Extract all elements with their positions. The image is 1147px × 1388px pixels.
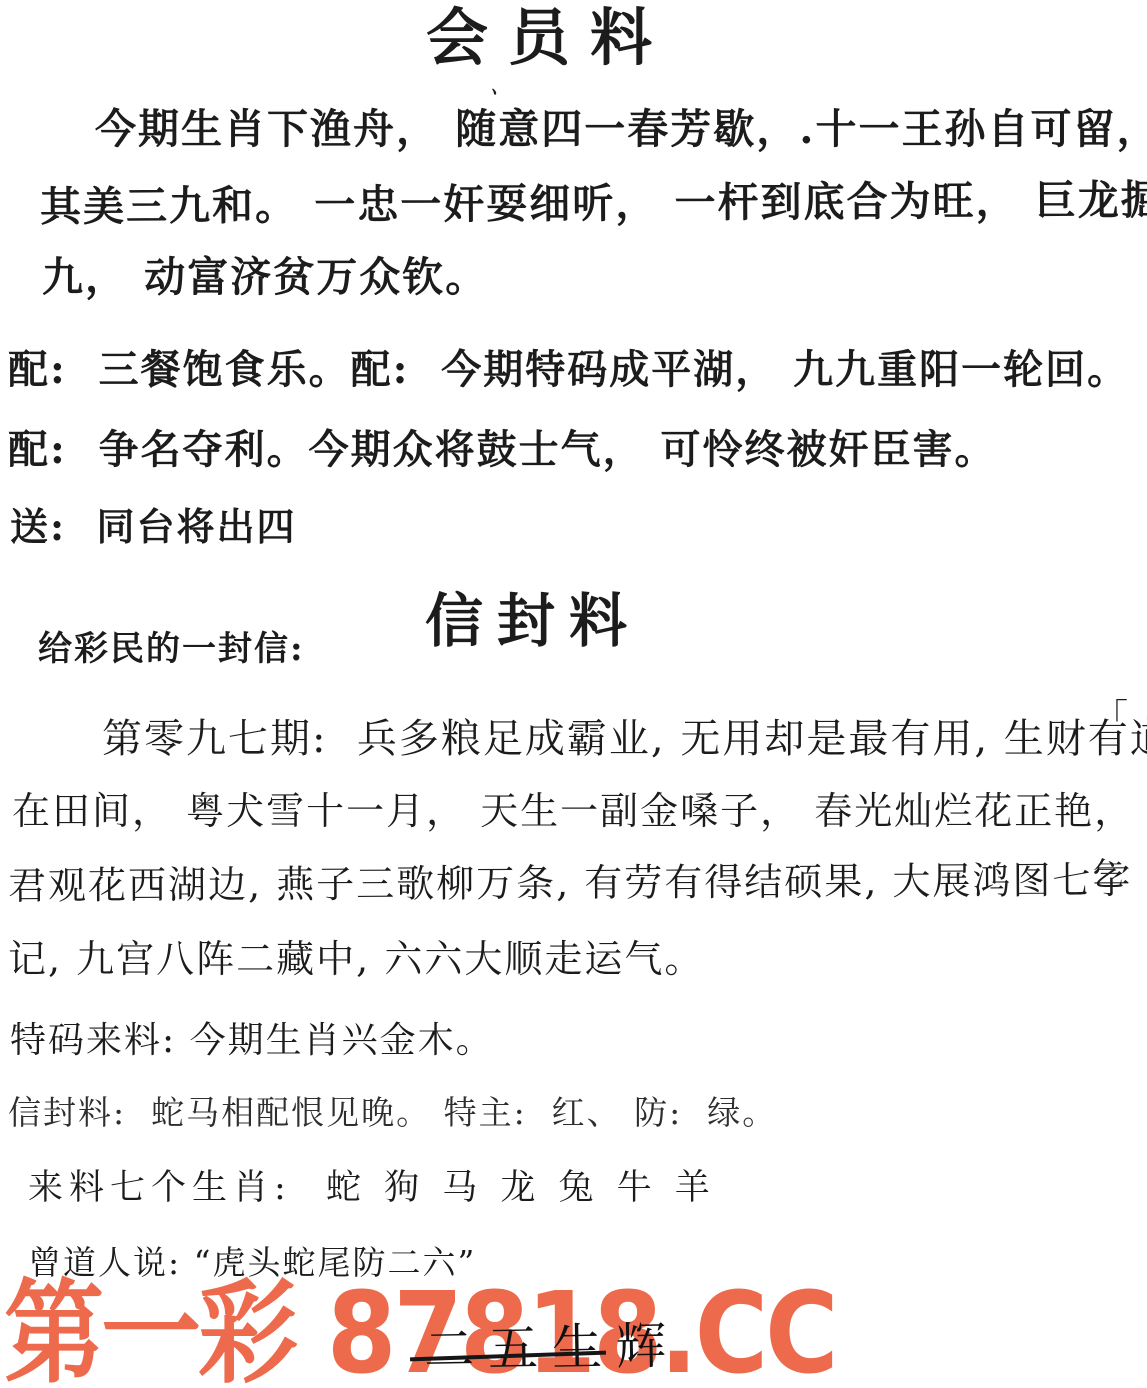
edge-fragment-bottom: 乞 [1092,856,1126,893]
song-tip-line: 送: 同台将出四 [10,505,297,549]
handwritten-note: 二五生辉 [423,1306,680,1382]
envelope-lead-in: 给彩民的一封信: [38,630,305,669]
member-paragraph-line-1: 今期生肖下渔舟， 随意四一春芳歇，.十一王孙自可留， 两全 [95,106,1147,153]
special-code-line: 特码来料: 今期生肖兴金木。 [10,1020,494,1061]
envelope-paragraph-line-4: 记, 九宫八阵二藏中, 六六大顺走运气。 [8,938,704,982]
edge-fragment-top: 「 [1094,698,1130,737]
member-paragraph-line-2: 其美三九和。 一忠一奸耍细听， 一杆到底合为旺， 巨龙掘起三一 [40,176,1147,231]
envelope-section-title: 信封料 [425,588,641,655]
envelope-paragraph-line-1: 第零九七期: 兵多粮足成霸业, 无用却是最有用, 生财有道 [102,716,1147,762]
envelope-material-line: 信封料: 蛇马相配恨见晚。 特主: 红、 防: 绿。 [8,1094,777,1132]
pei-tip-line-1: 配: 三餐饱食乐。配: 今期特码成平湖， 九九重阳一轮回。 [8,347,1129,393]
member-paragraph-line-3: 九， 动富济贫万众钦。 [42,254,488,301]
site-watermark: 第一彩 87818.CC [4,1278,835,1388]
zodiac-list-line: 来料七个生肖: 蛇 狗 马 龙 兔 牛 羊 [28,1168,716,1208]
stray-ink-mark: 、 [489,77,514,103]
envelope-paragraph-line-2: 在田间， 粤犬雪十一月， 天生一副金嗓子， 春光灿烂花正艳， 伴 [12,790,1147,834]
envelope-paragraph-line-3: 君观花西湖边, 燕子三歌柳万条, 有劳有得结硕果, 大展鸿图七字 [8,859,1133,909]
pei-tip-line-2: 配: 争名夺利。今期众将鼓士气， 可怜终被奸臣害。 [8,427,997,473]
member-section-title: 会员料 [426,2,672,73]
scanned-lottery-sheet: 会员料 、 今期生肖下渔舟， 随意四一春芳歇，.十一王孙自可留， 两全 其美三九… [0,0,1147,1388]
